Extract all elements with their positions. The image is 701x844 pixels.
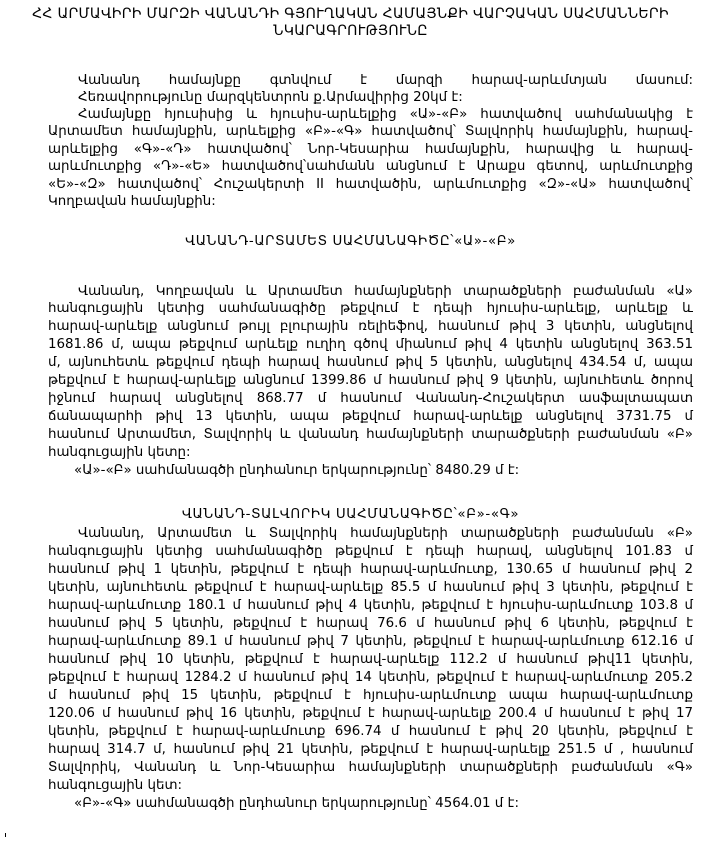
text-line: հասնում թիվ 10 կետին, թեքվում է հարավ-ար… [48, 651, 693, 668]
text-line: արևելքից «Գ»-«Դ» հատվածով՝ Նոր-Կեսարիա հ… [48, 141, 693, 158]
document-page: ՀՀ ԱՐՄԱՎԻՐԻ ՄԱՐԶԻ ՎԱՆԱՆԴԻ ԳՅՈՒՂԱԿԱՆ ՀԱՄԱ… [0, 0, 701, 844]
text-line: հասնում թիվ 1 կետին, թեքվում է դեպի հարա… [48, 561, 693, 578]
text-line: Կողբավան համայնքին: [48, 193, 693, 210]
text-line: իջնում հարավ անցնելով 868.77 մ հասնում Վ… [48, 390, 693, 407]
text-line: կետին, այնուհետև թեքվում է հարավ-արևելք … [48, 579, 693, 596]
text-line: մ հասնում թիվ 15 կետին, թեքվում է հյուսի… [48, 687, 693, 704]
section-heading: ՎԱՆԱՆԴ-ԱՐՏԱՄԵՏ ՍԱՀՄԱՆԱԳԻԾԸ՝«Ա»-«Բ» [0, 234, 701, 249]
text-line: Հեռավորությունը մարզկենտրոն ք.Արմավիրից … [78, 89, 693, 106]
text-line: հանգուցային կետից սահմանագիծը թեքվում է … [48, 543, 693, 560]
text-line: թեքվում է հարավ 1284.2 մ հասնում թիվ 14 … [48, 669, 693, 686]
document-title-line-1: ՀՀ ԱՐՄԱՎԻՐԻ ՄԱՐԶԻ ՎԱՆԱՆԴԻ ԳՅՈՒՂԱԿԱՆ ՀԱՄԱ… [0, 6, 701, 22]
text-line: հանգուցային կետը: [48, 444, 693, 461]
text-line: հանգուցային կետից սահմանագիծը թեքվում է … [48, 300, 693, 317]
document-title-line-2: ՆԿԱՐԱԳՐՈՒԹՅՈՒՆԸ [0, 23, 701, 39]
text-line: Տալվորիկ, Վանանդ և Նոր-Կեսարիա համայնքնե… [48, 759, 693, 776]
text-line: ճանապարհի թիվ 13 կետին, ապա թեքվում հարա… [48, 408, 693, 425]
section-total-length: «Ա»-«Բ» սահմանագծի ընդհանուր երկարությու… [74, 462, 693, 479]
text-line: Վանանդ, Արտամետ և Տալվորիկ համայնքների տ… [78, 525, 693, 542]
text-line: հարավ 314.7 մ, հասնում թիվ 21 կետին, թեք… [48, 741, 693, 758]
text-line: թեքվում է հարավ-արևելք անցնում 1399.86 մ… [48, 372, 693, 389]
text-line: հասնում Արտամետ, Տալվորիկ և վանանդ համայ… [48, 426, 693, 443]
text-line: 1681.86 մ, ապա թեքվում արևելք ուղիղ գծով… [48, 336, 693, 353]
text-line: կետին, թեքվում է հարավ-արևմուտք 696.74 մ… [48, 723, 693, 740]
text-line: հարավ-արևելք անցնում թույլ բլուրային ռել… [48, 318, 693, 335]
text-line: Վանանդ համայնքը գտնվում է մարզի հարավ-ար… [78, 72, 693, 89]
text-line: Վանանդ, Կողբավան և Արտամետ համայնքների տ… [78, 283, 693, 300]
text-line: մ, այնուհետև թեքվում դեպի հարավ հասնում … [48, 354, 693, 371]
text-line: հասնում թիվ 5 կետին, թեքվում է հարավ 76.… [48, 615, 693, 632]
text-line: Համայնքը հյուսիսից և հյուսիս-արևելքից «Ա… [78, 106, 693, 123]
text-line: հարավ-արևմուտք 89.1 մ հասնում թիվ 7 կետի… [48, 633, 693, 650]
text-line: հարավ-արևմուտք 180.1 մ հասնում թիվ 4 կետ… [48, 597, 693, 614]
text-line: 120.06 մ հասնում թիվ 16 կետին, թեքվում է… [48, 705, 693, 722]
text-line: արևմուտքից «Դ»-«Ե» հատվածով՝սահմանն անցն… [48, 158, 693, 175]
text-line: «Ե»-«Զ» հատվածով՝ Հուշակերտի II հատվածին… [48, 176, 693, 193]
text-line: հանգուցային կետ: [48, 777, 693, 794]
scan-mark [5, 833, 6, 837]
text-line: Արտամետ համայնքին, արևելքից «Բ»-«Գ» հատվ… [48, 123, 693, 140]
section-total-length: «Բ»-«Գ» սահմանագծի ընդհանուր երկարությու… [74, 795, 693, 812]
section-heading: ՎԱՆԱՆԴ-ՏԱԼՎՈՐԻԿ ՍԱՀՄԱՆԱԳԻԾԸ՝«Բ»-«Գ» [0, 507, 701, 522]
